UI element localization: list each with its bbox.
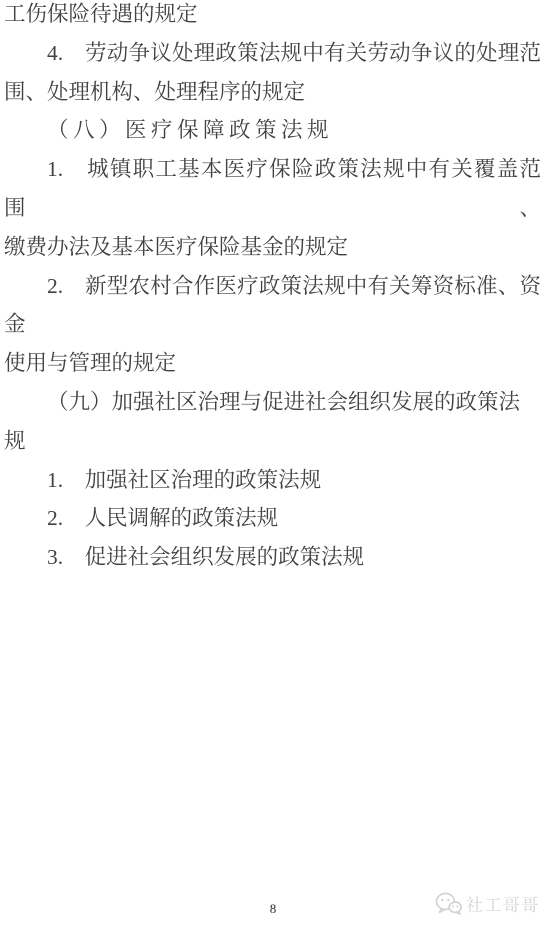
text-line: 1. 城镇职工基本医疗保险政策法规中有关覆盖范围、 <box>4 150 541 228</box>
text-line: 2. 人民调解的政策法规 <box>4 499 541 538</box>
text-line: 围、处理机构、处理程序的规定 <box>4 73 541 112</box>
document-body: 工伤保险待遇的规定4. 劳动争议处理政策法规中有关劳动争议的处理范围、处理机构、… <box>4 0 541 577</box>
text-line: 使用与管理的规定 <box>4 344 541 383</box>
text-line: 4. 劳动争议处理政策法规中有关劳动争议的处理范 <box>4 34 541 73</box>
wechat-icon <box>435 892 462 915</box>
text-line: 工伤保险待遇的规定 <box>4 0 541 34</box>
text-line: （九）加强社区治理与促进社会组织发展的政策法规 <box>4 383 541 461</box>
text-line: 1. 加强社区治理的政策法规 <box>4 461 541 500</box>
document-page: { "page": { "background": "#ffffff", "te… <box>0 0 546 929</box>
text-line: （八）医疗保障政策法规 <box>4 111 541 150</box>
watermark-text: 社工哥哥 <box>466 891 540 916</box>
text-line: 2. 新型农村合作医疗政策法规中有关筹资标准、资金 <box>4 267 541 345</box>
text-line: 缴费办法及基本医疗保险基金的规定 <box>4 228 541 267</box>
watermark: 社工哥哥 <box>435 891 540 916</box>
text-line: 3. 促进社会组织发展的政策法规 <box>4 538 541 577</box>
